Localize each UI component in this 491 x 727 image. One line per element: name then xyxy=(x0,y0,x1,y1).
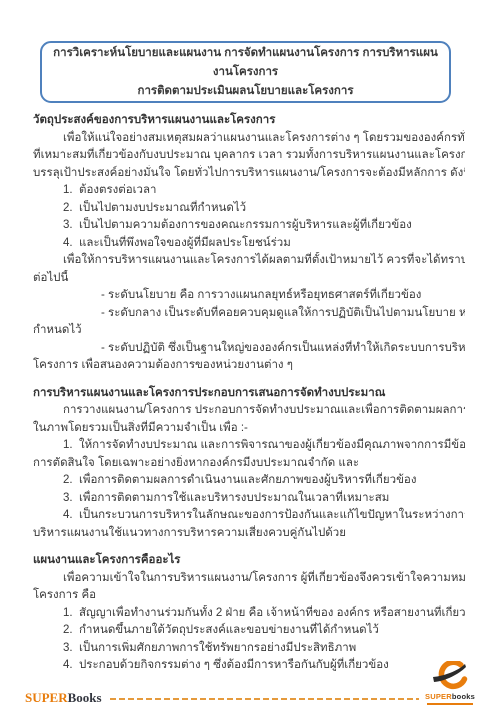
text-line: เพื่อให้การบริหารแผนงานและโครงการได้ผลตา… xyxy=(33,252,465,270)
list-item: 1. สัญญาเพื่อทำงานร่วมกันทั้ง 2 ฝ่าย คือ… xyxy=(33,605,465,623)
bullet-item: - ระดับปฏิบัติ ซึ่งเป็นฐานใหญ่ขององค์กรเ… xyxy=(33,340,465,358)
logo-text-books: books xyxy=(452,692,475,701)
bullet-item: - ระดับกลาง เป็นระดับที่คอยควบคุมดูแลให้… xyxy=(33,305,465,323)
text-line: โครงการ คือ xyxy=(33,587,465,605)
list-item: 1. ให้การจัดทำงบประมาณ และการพิจารณาของผ… xyxy=(33,437,465,455)
section-heading: วัตถุประสงค์ของการบริหารแผนงานและโครงการ xyxy=(33,112,465,130)
footer-brand: SUPERBooks xyxy=(25,691,102,705)
section-budget-proposal: การบริหารแผนงานและโครงการประกอบการเสนอกา… xyxy=(33,385,465,543)
list-item: 4. เป็นกระบวนการบริหารในลักษณะของการป้อง… xyxy=(33,507,465,525)
text-line: การตัดสินใจ โดยเฉพาะอย่างยิ่งหากองค์กรมี… xyxy=(33,455,465,473)
section-what-is-plan: แผนงานและโครงการคืออะไร เพื่อความเข้าใจใ… xyxy=(33,552,465,675)
footer-brand-super: SUPER xyxy=(25,690,68,705)
section-heading: แผนงานและโครงการคืออะไร xyxy=(33,552,465,570)
superbooks-logo-icon xyxy=(432,661,468,693)
text-line: บริหารแผนงานใช้แนวทางการบริหารความเสี่ยง… xyxy=(33,525,465,543)
superbooks-logo: SUPERbooks xyxy=(425,661,475,705)
text-line: บรรลุเป้าประสงค์อย่างมั่นใจ โดยทั่วไปการ… xyxy=(33,165,465,183)
list-item: 3. เป็นไปตามความต้องการของคณะกรรมการผู้บ… xyxy=(33,217,465,235)
list-item: 4. และเป็นที่พึงพอใจของผู้ที่มีผลประโยชน… xyxy=(33,235,465,253)
document-page: การวิเคราะห์นโยบายและแผนงาน การจัดทำแผนง… xyxy=(0,0,491,727)
list-item: 2. เป็นไปตามงบประมาณที่กำหนดไว้ xyxy=(33,200,465,218)
title-line-1: การวิเคราะห์นโยบายและแผนงาน การจัดทำแผนง… xyxy=(48,44,443,82)
section-heading: การบริหารแผนงานและโครงการประกอบการเสนอกา… xyxy=(33,385,465,403)
list-item: 3. เพื่อการติดตามการใช้และบริหารงบประมาณ… xyxy=(33,490,465,508)
text-line: เพื่อให้แน่ใจอย่างสมเหตุสมผลว่าแผนงานและ… xyxy=(33,130,465,148)
logo-underline xyxy=(427,703,473,705)
text-line: ในภาพโดยรวมเป็นสิ่งที่มีความจำเป็น เพื่อ… xyxy=(33,420,465,438)
page-footer: SUPERBooks SUPERbooks xyxy=(25,661,475,705)
text-line: ที่เหมาะสมที่เกี่ยวข้องกับงบประมาณ บุคลา… xyxy=(33,147,465,165)
text-line: กำหนดไว้ xyxy=(33,322,465,340)
footer-brand-books: Books xyxy=(68,690,102,705)
list-item: 3. เป็นการเพิ่มศักยภาพการใช้ทรัพยากรอย่า… xyxy=(33,640,465,658)
logo-text-super: SUPER xyxy=(425,692,452,701)
text-line: เพื่อความเข้าใจในการบริหารแผนงาน/โครงการ… xyxy=(33,570,465,588)
page-content: วัตถุประสงค์ของการบริหารแผนงานและโครงการ… xyxy=(33,112,465,675)
page-title-box: การวิเคราะห์นโยบายและแผนงาน การจัดทำแผนง… xyxy=(40,41,451,103)
text-line: โครงการ เพื่อสนองความต้องการของหน่วยงานต… xyxy=(33,357,465,375)
section-objectives: วัตถุประสงค์ของการบริหารแผนงานและโครงการ… xyxy=(33,112,465,375)
title-line-2: การติดตามประเมินผลนโยบายและโครงการ xyxy=(137,82,353,101)
superbooks-logo-text: SUPERbooks xyxy=(425,693,475,701)
list-item: 2. กำหนดขึ้นภายใต้วัตถุประสงค์และขอบข่าย… xyxy=(33,622,465,640)
list-item: 2. เพื่อการติดตามผลการดำเนินงานและศักยภา… xyxy=(33,472,465,490)
footer-divider-line xyxy=(110,698,419,700)
bullet-item: - ระดับนโยบาย คือ การวางแผนกลยุทธ์หรือยุ… xyxy=(33,287,465,305)
text-line: การวางแผนงาน/โครงการ ประกอบการจัดทำงบประ… xyxy=(33,402,465,420)
text-line: ต่อไปนี้ xyxy=(33,270,465,288)
list-item: 1. ต้องตรงต่อเวลา xyxy=(33,182,465,200)
